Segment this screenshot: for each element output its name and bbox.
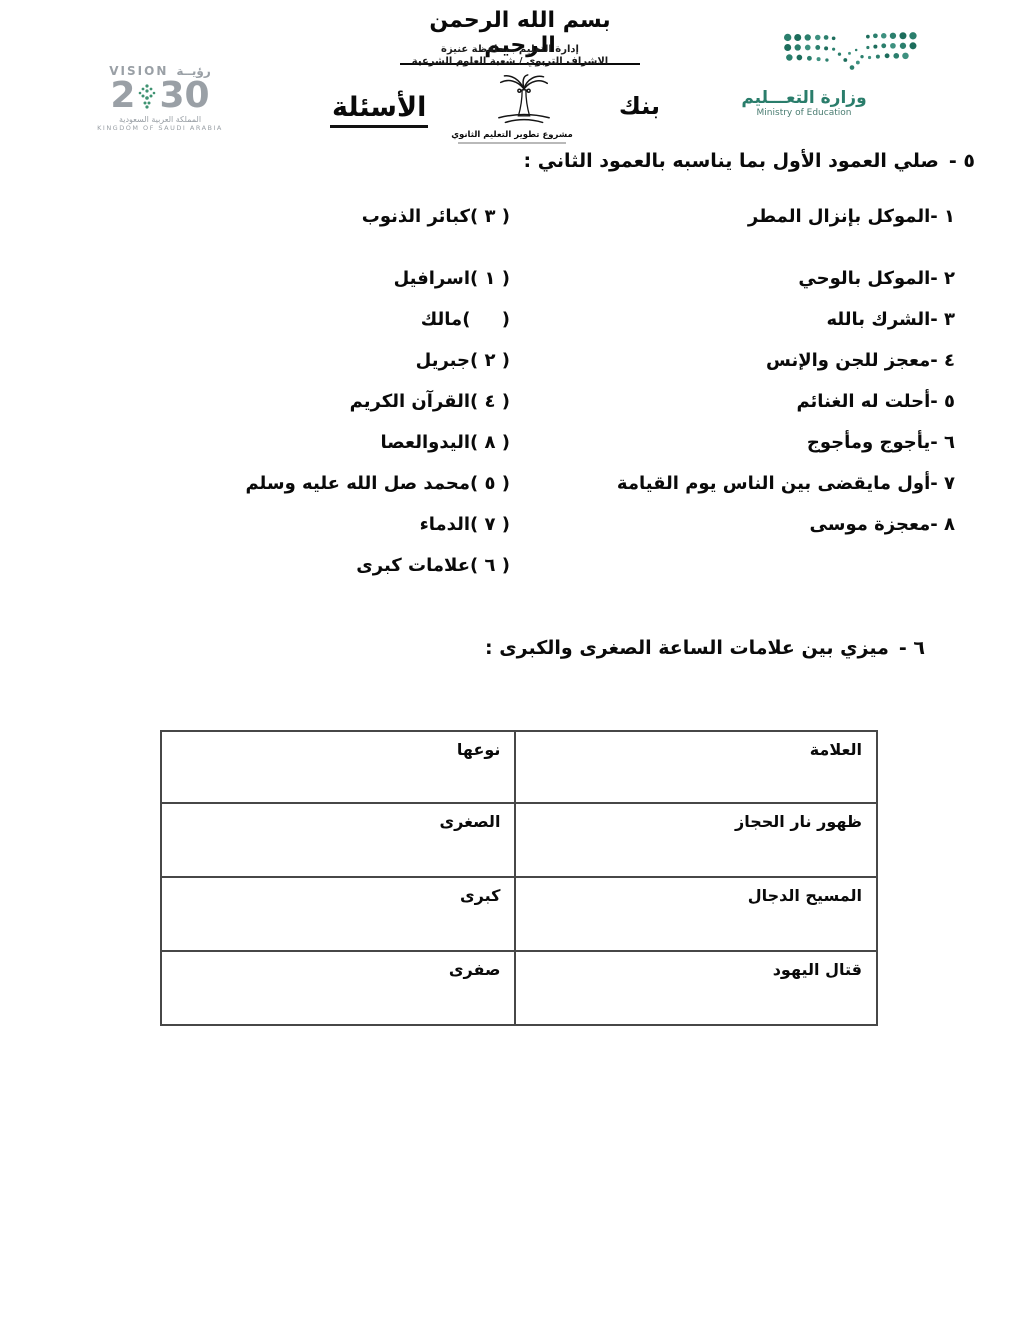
column1-item: ٣ -الشرك بالله (510, 299, 955, 340)
sign-cell: قتال اليهود (515, 951, 877, 1025)
question-bank-logo: الأسئلة بنك مشروع تطوير التعليم الثانوي (330, 74, 660, 146)
column1-item: ٤ -معجز للجن والإنس (510, 340, 955, 381)
sign-cell: المسيح الدجال (515, 877, 877, 951)
vision-year-30: 30 (159, 78, 209, 114)
column2-item: ( ٤ )القرآن الكريم (200, 381, 510, 422)
vision-year-2: 2 (110, 78, 135, 114)
column1-item: ٨ -معجزة موسى (510, 504, 955, 545)
qbank-sub-text: مشروع تطوير التعليم الثانوي (442, 130, 582, 140)
department-header: إدارة التعليم بمحافظة عنيزة الاشراف التر… (380, 44, 640, 68)
question6-text: ميزي بين علامات الساعة الصغرى والكبرى : (485, 637, 889, 659)
question5-number: ٥ - (949, 150, 975, 172)
qbank-word-alasila: الأسئلة (330, 92, 428, 128)
question5-heading: ٥ -صلي العمود الأول بما يناسبه بالعمود ا… (523, 150, 975, 172)
qbank-word-bank: بنك (619, 92, 660, 120)
vision-year: 2 30 (82, 78, 238, 114)
ministry-title-ar: وزارة التعـــليم (729, 88, 879, 108)
column1-item: ١ -الموكل بإنزال المطر (510, 196, 955, 237)
dept-line-2: الاشراف التربوي / شعبة العلوم الشرعية (380, 56, 640, 68)
matching-section: ١ -الموكل بإنزال المطر( ٣ )كبائر الذنوب٢… (0, 196, 955, 586)
match-row: ٧ -أول مايقضى بين الناس يوم القيامة( ٥ )… (0, 463, 955, 504)
column2-item: ( ٢ )جبريل (200, 340, 510, 381)
match-row: ٤ -معجز للجن والإنس( ٢ )جبريل (0, 340, 955, 381)
table-row: المسيح الدجالكبرى (161, 877, 877, 951)
question6-number: ٦ - (899, 637, 925, 659)
column2-item: ( ٥ )محمد صل الله عليه وسلم (200, 463, 510, 504)
worksheet-page: بسم الله الرحمن الرحيم إدارة التعليم بمح… (0, 0, 1020, 1320)
type-cell: كبرى (161, 877, 515, 951)
table-row: ظهور نار الحجازالصغرى (161, 803, 877, 877)
sign-cell: ظهور نار الحجاز (515, 803, 877, 877)
type-cell: الصغرى (161, 803, 515, 877)
question5-text: صلي العمود الأول بما يناسبه بالعمود الثا… (523, 150, 938, 172)
table-header-type: نوعها (161, 731, 515, 803)
match-row: ١ -الموكل بإنزال المطر( ٣ )كبائر الذنوب (0, 196, 955, 237)
match-row: ٥ -أحلت له الغنائم( ٤ )القرآن الكريم (0, 381, 955, 422)
match-row: ٦ -يأجوج ومأجوج( ٨ )اليدوالعصا (0, 422, 955, 463)
column1-item (510, 545, 955, 586)
match-row: ٨ -معجزة موسى( ٧ )الدماء (0, 504, 955, 545)
column1-item: ٦ -يأجوج ومأجوج (510, 422, 955, 463)
column2-item: ( )مالك (200, 299, 510, 340)
column1-item: ٧ -أول مايقضى بين الناس يوم القيامة (510, 463, 955, 504)
match-row: ٢ -الموكل بالوحي( ١ )اسرافيل (0, 258, 955, 299)
column1-item: ٥ -أحلت له الغنائم (510, 381, 955, 422)
palm-emblem-icon (136, 81, 158, 111)
type-cell: صفرى (161, 951, 515, 1025)
ministry-dots-icon (781, 26, 923, 84)
column2-item: ( ١ )اسرافيل (200, 258, 510, 299)
ministry-of-education-logo: وزارة التعـــليم Ministry of Education (725, 26, 925, 118)
column2-item: ( ٧ )الدماء (200, 504, 510, 545)
qbank-smallprint-line (458, 142, 566, 144)
dept-line-1: إدارة التعليم بمحافظة عنيزة (380, 44, 640, 56)
table-row: قتال اليهودصفرى (161, 951, 877, 1025)
table-header-row: العلامة نوعها (161, 731, 877, 803)
question6-heading: ٦ -ميزي بين علامات الساعة الصغرى والكبرى… (485, 637, 925, 659)
vision-sub-en: KINGDOM OF SAUDI ARABIA (82, 124, 238, 132)
column2-item: ( ٦ )علامات كبرى (200, 545, 510, 586)
signs-table-head: العلامة نوعها (161, 731, 877, 803)
column1-item: ٢ -الموكل بالوحي (510, 258, 955, 299)
ministry-title-en: Ministry of Education (729, 108, 879, 118)
match-row: ٣ -الشرك بالله( )مالك (0, 299, 955, 340)
vision-sub-ar: المملكة العربية السعودية (82, 115, 238, 124)
match-row: ( ٦ )علامات كبرى (0, 545, 955, 586)
signs-table-body: ظهور نار الحجازالصغرىالمسيح الدجالكبرىقت… (161, 803, 877, 1025)
vision-2030-logo: VISION رؤيــة 2 30 المملكة العربية السعو… (82, 64, 238, 132)
table-header-sign: العلامة (515, 731, 877, 803)
signs-table: العلامة نوعها ظهور نار الحجازالصغرىالمسي… (160, 730, 878, 1026)
column2-item: ( ٨ )اليدوالعصا (200, 422, 510, 463)
column2-item: ( ٣ )كبائر الذنوب (200, 196, 510, 237)
palm-tree-icon (491, 74, 557, 128)
